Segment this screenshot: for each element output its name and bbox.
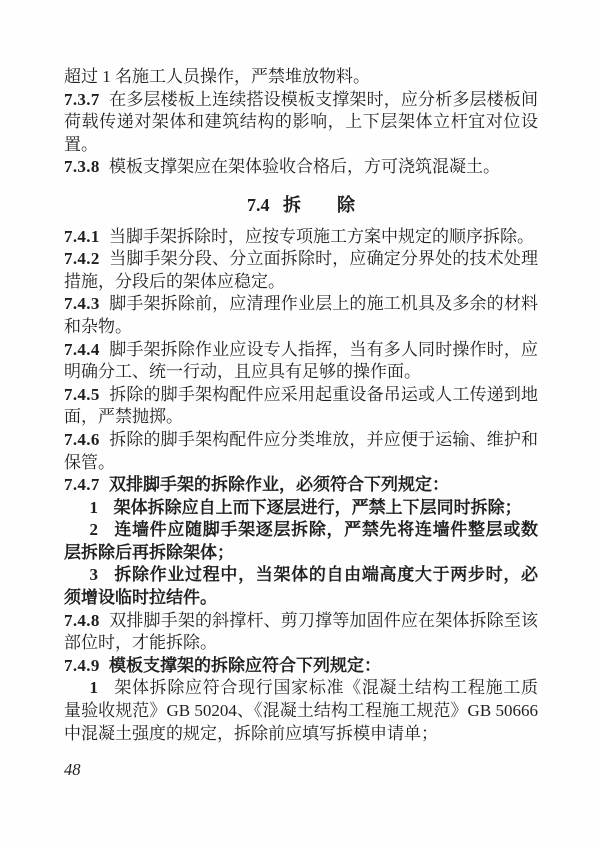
clause-number: 7.4.8 <box>64 611 100 630</box>
clause-number: 7.4.5 <box>64 385 100 404</box>
item-text: 架体拆除应自上而下逐层进行，严禁上下层同时拆除； <box>114 498 522 517</box>
clause-text: 脚手架拆除作业应设专人指挥，当有多人同时操作时，应明确分工、统一行动，且应具有足… <box>64 340 538 382</box>
clause-7-3-8: 7.3.8模板支撑架应在架体验收合格后，方可浇筑混凝土。 <box>64 156 538 179</box>
item-text: 架体拆除应符合现行国家标准《混凝土结构工程施工质量验收规范》GB 50204、《… <box>64 678 538 742</box>
paragraph-continuation: 超过 1 名施工人员操作，严禁堆放物料。 <box>64 66 538 89</box>
clause-number: 7.4.2 <box>64 249 100 268</box>
clause-7-4-6: 7.4.6拆除的脚手架构配件应分类堆放，并应便于运输、维护和保管。 <box>64 429 538 474</box>
clause-text: 模板支撑架的拆除应符合下列规定： <box>109 656 381 675</box>
item-text: 连墙件应随脚手架逐层拆除，严禁先将连墙件整层或数层拆除后再拆除架体； <box>64 520 538 562</box>
item-number: 3 <box>90 565 99 584</box>
clause-number: 7.3.8 <box>64 157 100 176</box>
clause-text: 当脚手架分段、分立面拆除时，应确定分界处的技术处理措施，分段后的架体应稳定。 <box>64 249 538 291</box>
clause-text: 在多层楼板上连续搭设模板支撑架时，应分析多层楼板间荷载传递对架体和建筑结构的影响… <box>64 90 538 154</box>
item-number: 1 <box>90 498 99 517</box>
clause-text: 模板支撑架应在架体验收合格后，方可浇筑混凝土。 <box>109 157 500 176</box>
clause-text: 双排脚手架的斜撑杆、剪刀撑等加固件应在架体拆除至该部位时，才能拆除。 <box>64 611 538 653</box>
clause-7-4-3: 7.4.3脚手架拆除前，应清理作业层上的施工机具及多余的材料和杂物。 <box>64 293 538 338</box>
clause-number: 7.4.7 <box>64 475 100 494</box>
clause-7-4-4: 7.4.4脚手架拆除作业应设专人指挥，当有多人同时操作时，应明确分工、统一行动，… <box>64 339 538 384</box>
clause-text: 超过 1 名施工人员操作，严禁堆放物料。 <box>64 67 370 86</box>
clause-text: 脚手架拆除前，应清理作业层上的施工机具及多余的材料和杂物。 <box>64 294 538 336</box>
clause-7-4-9: 7.4.9模板支撑架的拆除应符合下列规定： <box>64 655 538 678</box>
clause-7-4-5: 7.4.5拆除的脚手架构配件应采用起重设备吊运或人工传递到地面，严禁抛掷。 <box>64 384 538 429</box>
document-page: 超过 1 名施工人员操作，严禁堆放物料。 7.3.7在多层楼板上连续搭设模板支撑… <box>0 0 600 848</box>
page-number: 48 <box>64 759 538 782</box>
clause-text: 拆除的脚手架构配件应分类堆放，并应便于运输、维护和保管。 <box>64 430 538 472</box>
clause-7-4-7-item-1: 1架体拆除应自上而下逐层进行，严禁上下层同时拆除； <box>64 497 538 520</box>
clause-number: 7.3.7 <box>64 90 100 109</box>
clause-7-4-9-item-1: 1架体拆除应符合现行国家标准《混凝土结构工程施工质量验收规范》GB 50204、… <box>64 677 538 745</box>
item-number: 1 <box>90 678 99 697</box>
section-title: 拆 除 <box>283 195 355 215</box>
clause-7-3-7: 7.3.7在多层楼板上连续搭设模板支撑架时，应分析多层楼板间荷载传递对架体和建筑… <box>64 89 538 157</box>
clause-7-4-7-item-3: 3拆除作业过程中，当架体的自由端高度大于两步时，必须增设临时拉结件。 <box>64 564 538 609</box>
item-text: 拆除作业过程中，当架体的自由端高度大于两步时，必须增设临时拉结件。 <box>64 565 538 607</box>
clause-text: 双排脚手架的拆除作业，必须符合下列规定： <box>109 475 449 494</box>
clause-number: 7.4.6 <box>64 430 100 449</box>
clause-number: 7.4.4 <box>64 340 100 359</box>
clause-text: 拆除的脚手架构配件应采用起重设备吊运或人工传递到地面，严禁抛掷。 <box>64 385 538 427</box>
section-heading: 7.4拆 除 <box>64 194 538 217</box>
item-number: 2 <box>90 520 99 539</box>
clause-number: 7.4.9 <box>64 656 100 675</box>
clause-7-4-7: 7.4.7双排脚手架的拆除作业，必须符合下列规定： <box>64 474 538 497</box>
clause-7-4-2: 7.4.2当脚手架分段、分立面拆除时，应确定分界处的技术处理措施，分段后的架体应… <box>64 248 538 293</box>
clause-number: 7.4.1 <box>64 227 100 246</box>
clause-7-4-7-item-2: 2连墙件应随脚手架逐层拆除，严禁先将连墙件整层或数层拆除后再拆除架体； <box>64 519 538 564</box>
section-number: 7.4 <box>247 195 270 215</box>
clause-number: 7.4.3 <box>64 294 100 313</box>
clause-text: 当脚手架拆除时，应按专项施工方案中规定的顺序拆除。 <box>109 227 534 246</box>
clause-7-4-1: 7.4.1当脚手架拆除时，应按专项施工方案中规定的顺序拆除。 <box>64 226 538 249</box>
clause-7-4-8: 7.4.8双排脚手架的斜撑杆、剪刀撑等加固件应在架体拆除至该部位时，才能拆除。 <box>64 610 538 655</box>
